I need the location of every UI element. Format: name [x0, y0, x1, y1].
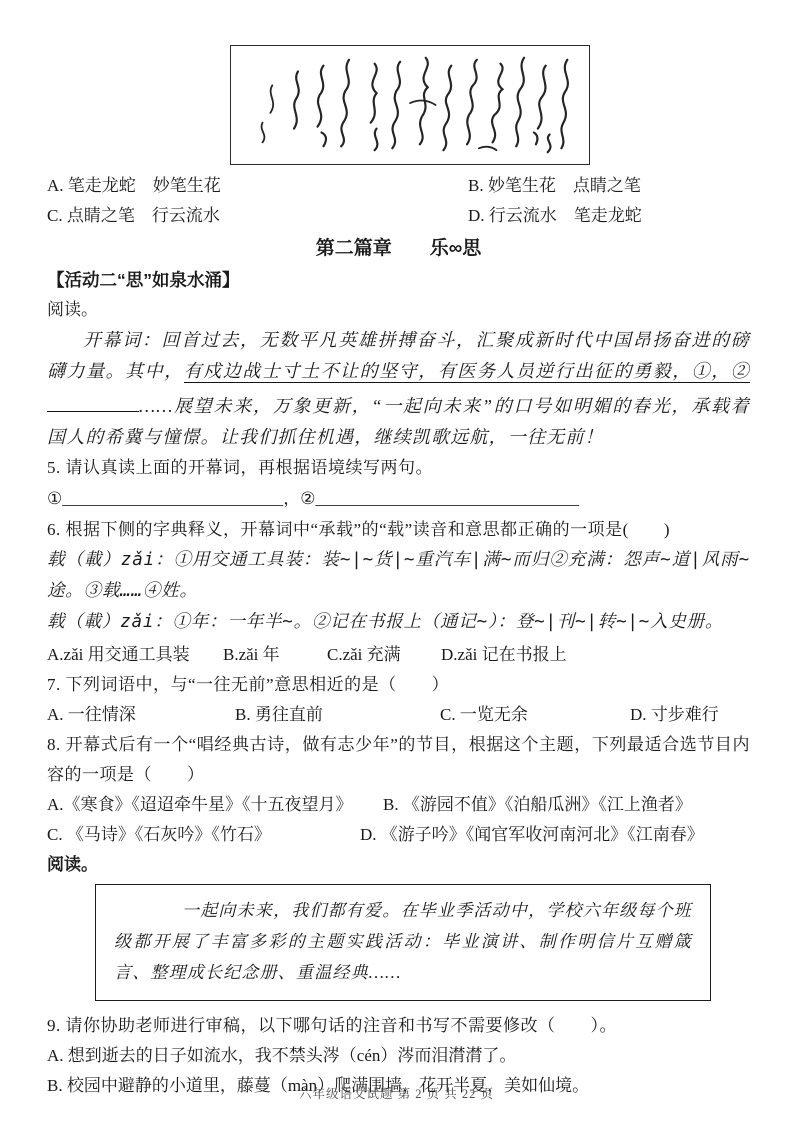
- speech-underlined-segment: 有戍边战士寸土不让的坚守，有医务人员逆行出征的勇毅，①，②: [184, 361, 750, 383]
- graduation-activities-passage: 一起向未来，我们都有爱。在毕业季活动中，学校六年级每个班级都开展了丰富多彩的主题…: [114, 895, 692, 988]
- question-8-options-row-1: A.《寒食》《迢迢牵牛星》《十五夜望月》B. 《游园不值》《泊船瓜洲》《江上渔者…: [47, 790, 750, 820]
- q6-option-a: A.zǎi 用交通工具装: [47, 640, 223, 670]
- dictionary-entry-2: 载（載）zǎi：①年：一年半~。②记在书报上（通记~）：登~|刊~|转~|~入史…: [47, 607, 750, 638]
- exam-page: A. 笔走龙蛇 妙笔生花B. 妙笔生花 点睛之笔 C. 点睛之笔 行云流水D. …: [0, 0, 793, 1122]
- q4-option-c: C. 点睛之笔 行云流水: [47, 201, 468, 231]
- q8-option-c: C. 《马诗》《石灰吟》《竹石》: [47, 820, 360, 850]
- calligraphy-image: [230, 45, 590, 165]
- q6-option-c: C.zǎi 充满: [327, 640, 441, 670]
- reading-label-2: 阅读。: [47, 850, 750, 880]
- speech-rest: ……展望未来，万象更新，“一起向未来”的口号如明媚的春光，承载着国人的希冀与憧憬…: [47, 396, 750, 447]
- reading-label-1: 阅读。: [47, 295, 750, 325]
- q4-option-a: A. 笔走龙蛇 妙笔生花: [47, 171, 468, 201]
- question-8-stem: 8. 开幕式后有一个“唱经典古诗，做有志少年”的节目，根据这个主题，下列最适合选…: [47, 730, 750, 790]
- q4-option-d: D. 行云流水 笔走龙蛇: [468, 206, 642, 225]
- dictionary-entry-1: 载（載）zǎi：①用交通工具装：装~|~货|~重汽车|满~而归②充满：怨声~道|…: [47, 545, 750, 607]
- question-9-stem: 9. 请你协助老师进行审稿，以下哪句话的注音和书写不需要修改（ ）。: [47, 1011, 750, 1041]
- question-6-stem: 6. 根据下侧的字典释义，开幕词中“承载”的“载”读音和意思都正确的一项是( ): [47, 515, 750, 545]
- q7-option-a: A. 一往情深: [47, 700, 235, 730]
- page-footer: 六年级语文试题 第 2 页 共 22 页: [0, 1086, 793, 1102]
- question-5-answer-blanks: ①__________________________，②___________…: [47, 483, 750, 515]
- question-7-stem: 7. 下列词语中，与“一往无前”意思相近的是（ ）: [47, 670, 750, 700]
- q8-option-b: B. 《游园不值》《泊船瓜洲》《江上渔者》: [383, 790, 692, 820]
- section-title: 第二篇章 乐∞思: [47, 233, 750, 265]
- activity-heading: 【活动二“思”如泉水涌】: [47, 265, 750, 295]
- graduation-activities-box: 一起向未来，我们都有爱。在毕业季活动中，学校六年级每个班级都开展了丰富多彩的主题…: [95, 884, 711, 1001]
- calligraphy-strokes-icon: [231, 46, 589, 164]
- q7-option-c: C. 一览无余: [440, 700, 630, 730]
- q4-option-b: B. 妙笔生花 点睛之笔: [468, 176, 641, 195]
- question-5-stem: 5. 请认真读上面的开幕词，再根据语境续写两句。: [47, 453, 750, 483]
- q7-option-b: B. 勇往直前: [235, 700, 440, 730]
- question-8-options-row-2: C. 《马诗》《石灰吟》《竹石》D. 《游子吟》《闻官军收河南河北》《江南春》: [47, 820, 750, 850]
- q8-option-d: D. 《游子吟》《闻官军收河南河北》《江南春》: [360, 820, 704, 850]
- q9-option-a: A. 想到逝去的日子如流水，我不禁头涔（cén）涔而泪潸潸了。: [47, 1041, 750, 1071]
- opening-speech-paragraph: 开幕词：回首过去，无数平凡英雄拼搏奋斗，汇聚成新时代中国昂扬奋进的磅礴力量。其中…: [47, 325, 750, 453]
- fill-in-blank-2: [47, 387, 139, 412]
- question-7-options-row: A. 一往情深B. 勇往直前C. 一览无余D. 寸步难行: [47, 700, 750, 730]
- q8-option-a: A.《寒食》《迢迢牵牛星》《十五夜望月》: [47, 790, 383, 820]
- q7-option-d: D. 寸步难行: [630, 700, 719, 730]
- question-6-options-row: A.zǎi 用交通工具装B.zǎi 年C.zǎi 充满D.zǎi 记在书报上: [47, 640, 750, 670]
- q4-options-row-1: A. 笔走龙蛇 妙笔生花B. 妙笔生花 点睛之笔: [47, 171, 750, 201]
- q6-option-d: D.zǎi 记在书报上: [441, 640, 567, 670]
- q4-options-row-2: C. 点睛之笔 行云流水D. 行云流水 笔走龙蛇: [47, 201, 750, 231]
- q6-option-b: B.zǎi 年: [223, 640, 327, 670]
